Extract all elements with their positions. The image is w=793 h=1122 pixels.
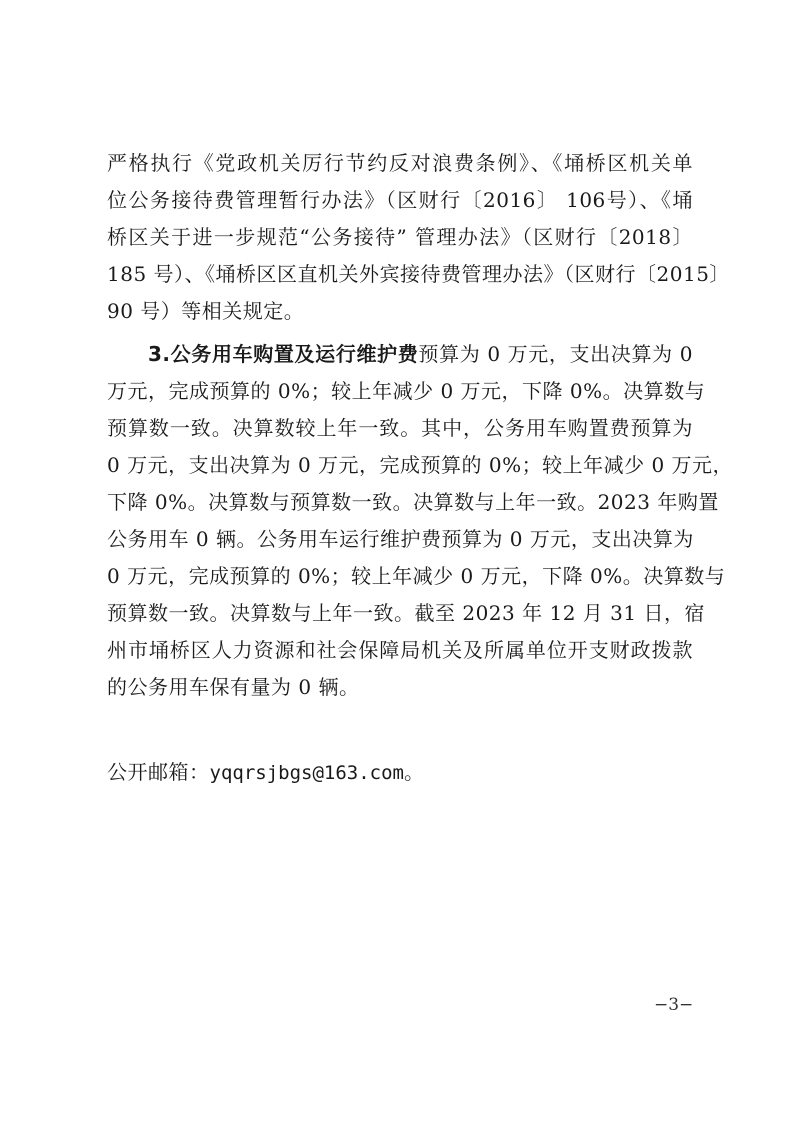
paragraph-2-line-7: 0 万元，完成预算的 0%；较上年减少 0 万元，下降 0%。决算数与 [107,561,693,591]
paragraph-1-line-3: 桥区关于进一步规范“公务接待” 管理办法》（区财行〔2018〕 [107,222,693,252]
paragraph-2-line-4: 0 万元，支出决算为 0 万元，完成预算的 0%；较上年减少 0 万元， [107,450,693,480]
paragraph-2-line-5: 下降 0%。决算数与预算数一致。决算数与上年一致。2023 年购置 [107,487,693,517]
section-heading-rest: 预算为 0 万元，支出决算为 0 [418,342,693,366]
section-heading: 3.公务用车购置及运行维护费 [148,342,418,366]
paragraph-1-line-1: 严格执行《党政机关厉行节约反对浪费条例》、《埇桥区机关单 [107,148,693,178]
paragraph-2-line-6: 公务用车 0 辆。公务用车运行维护费预算为 0 万元，支出决算为 [107,524,693,554]
paragraph-2-line-3: 预算数一致。决算数较上年一致。其中，公务用车购置费预算为 [107,413,693,443]
contact-email: yqqrsjbgs@163.com [210,762,404,784]
contact-label: 公开邮箱： [107,760,210,784]
contact-suffix: 。 [404,760,425,784]
paragraph-1-line-2: 位公务接待费管理暂行办法》（区财行〔2016〕 106号）、《埇 [107,185,693,215]
paragraph-1-line-5: 90 号）等相关规定。 [107,296,693,326]
paragraph-2-line-9: 州市埇桥区人力资源和社会保障局机关及所属单位开支财政拨款 [107,635,693,665]
paragraph-2-line-8: 预算数一致。决算数与上年一致。截至 2023 年 12 月 31 日，宿 [107,598,693,628]
contact-line: 公开邮箱：yqqrsjbgs@163.com。 [107,757,424,788]
paragraph-1-line-4: 185 号）、《埇桥区区直机关外宾接待费管理办法》（区财行〔2015〕 [107,259,693,289]
document-page: 严格执行《党政机关厉行节约反对浪费条例》、《埇桥区机关单 位公务接待费管理暂行办… [0,0,793,1122]
paragraph-2-line-1: 3.公务用车购置及运行维护费预算为 0 万元，支出决算为 0 [148,339,693,369]
paragraph-2-line-10: 的公务用车保有量为 0 辆。 [107,672,693,702]
page-number: −3− [654,995,693,1015]
paragraph-2-line-2: 万元，完成预算的 0%；较上年减少 0 万元，下降 0%。决算数与 [107,376,693,406]
